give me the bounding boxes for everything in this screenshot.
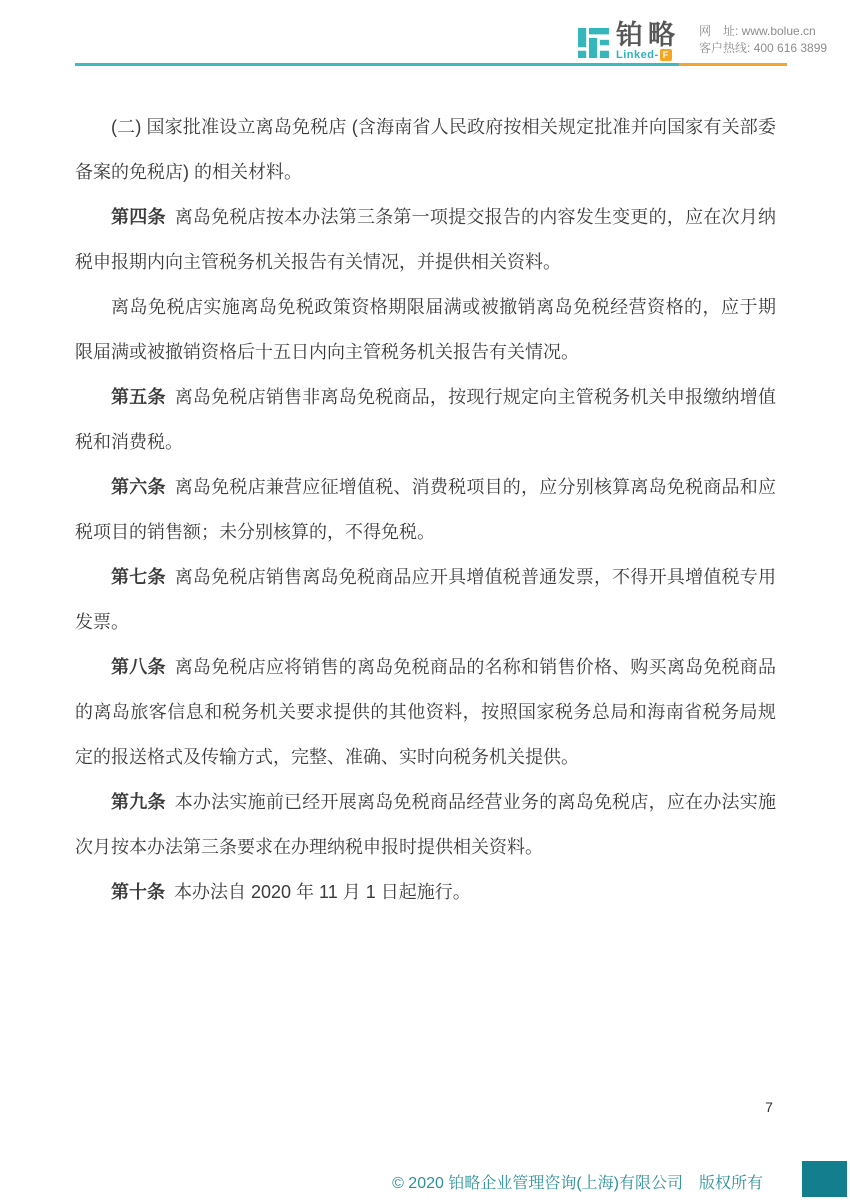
paragraph: 第八条离岛免税店应将销售的离岛免税商品的名称和销售价格、购买离岛免税商品的离岛旅…: [75, 645, 776, 780]
paragraph-text: 离岛免税店实施离岛免税政策资格期限届满或被撤销离岛免税经营资格的，应于期限届满或…: [75, 297, 776, 362]
brand-name-en: Linked- F: [616, 49, 680, 61]
paragraph: 第五条离岛免税店销售非离岛免税商品，按现行规定向主管税务机关申报缴纳增值税和消费…: [75, 375, 776, 465]
paragraph: (二) 国家批准设立离岛免税店 (含海南省人民政府按相关规定批准并向国家有关部委…: [75, 105, 776, 195]
article-label: 第四条: [111, 207, 166, 227]
brand-name-cn: 铂略: [616, 21, 680, 49]
paragraph: 离岛免税店实施离岛免税政策资格期限届满或被撤销离岛免税经营资格的，应于期限届满或…: [75, 285, 776, 375]
article-label: 第八条: [111, 657, 166, 677]
paragraph: 第七条离岛免税店销售离岛免税商品应开具增值税普通发票，不得开具增值税专用发票。: [75, 555, 776, 645]
brand-en-prefix: Linked-: [616, 49, 659, 61]
logo-text: 铂略 Linked- F: [616, 21, 680, 61]
article-label: 第五条: [111, 387, 166, 407]
paragraph-text: 离岛免税店应将销售的离岛免税商品的名称和销售价格、购买离岛免税商品的离岛旅客信息…: [75, 657, 776, 767]
footer-corner-square: [802, 1161, 847, 1197]
header-contact-info: 网 址: www.bolue.cn 客户热线: 400 616 3899: [699, 23, 827, 57]
header-divider-orange-segment: [679, 63, 787, 66]
article-label: 第十条: [111, 882, 165, 902]
paragraph: 第十条本办法自 2020 年 11 月 1 日起施行。: [75, 870, 776, 915]
document-page: 铂略 Linked- F 网 址: www.bolue.cn 客户热线: 400…: [0, 0, 850, 1202]
paragraph-text: 本办法自 2020 年 11 月 1 日起施行。: [174, 882, 471, 902]
bolue-logo: 铂略 Linked- F: [578, 21, 680, 61]
paragraph-text: (二) 国家批准设立离岛免税店 (含海南省人民政府按相关规定批准并向国家有关部委…: [75, 117, 776, 182]
paragraph-text: 离岛免税店按本办法第三条第一项提交报告的内容发生变更的，应在次月纳税申报期内向主…: [75, 207, 776, 272]
paragraph: 第九条本办法实施前已经开展离岛免税商品经营业务的离岛免税店，应在办法实施次月按本…: [75, 780, 776, 870]
paragraph: 第六条离岛免税店兼营应征增值税、消费税项目的，应分别核算离岛免税商品和应税项目的…: [75, 465, 776, 555]
paragraph-text: 本办法实施前已经开展离岛免税商品经营业务的离岛免税店，应在办法实施次月按本办法第…: [75, 792, 776, 857]
article-label: 第六条: [111, 477, 166, 497]
website-line: 网 址: www.bolue.cn: [699, 23, 827, 40]
paragraph: 第四条离岛免税店按本办法第三条第一项提交报告的内容发生变更的，应在次月纳税申报期…: [75, 195, 776, 285]
paragraph-text: 离岛免税店销售非离岛免税商品，按现行规定向主管税务机关申报缴纳增值税和消费税。: [75, 387, 776, 452]
header-divider: [75, 63, 787, 66]
header-divider-teal-segment: [75, 63, 679, 66]
hotline-line: 客户热线: 400 616 3899: [699, 40, 827, 57]
article-label: 第九条: [111, 792, 166, 812]
bolue-logo-icon: [578, 28, 609, 58]
paragraph-text: 离岛免税店兼营应征增值税、消费税项目的，应分别核算离岛免税商品和应税项目的销售额…: [75, 477, 776, 542]
footer-copyright: © 2020 铂略企业管理咨询(上海)有限公司 版权所有: [392, 1170, 763, 1193]
page-number: 7: [761, 1099, 777, 1115]
brand-en-letter-badge: F: [660, 49, 672, 61]
document-body: (二) 国家批准设立离岛免税店 (含海南省人民政府按相关规定批准并向国家有关部委…: [75, 105, 776, 915]
article-label: 第七条: [111, 567, 166, 587]
paragraph-text: 离岛免税店销售离岛免税商品应开具增值税普通发票，不得开具增值税专用发票。: [75, 567, 776, 632]
